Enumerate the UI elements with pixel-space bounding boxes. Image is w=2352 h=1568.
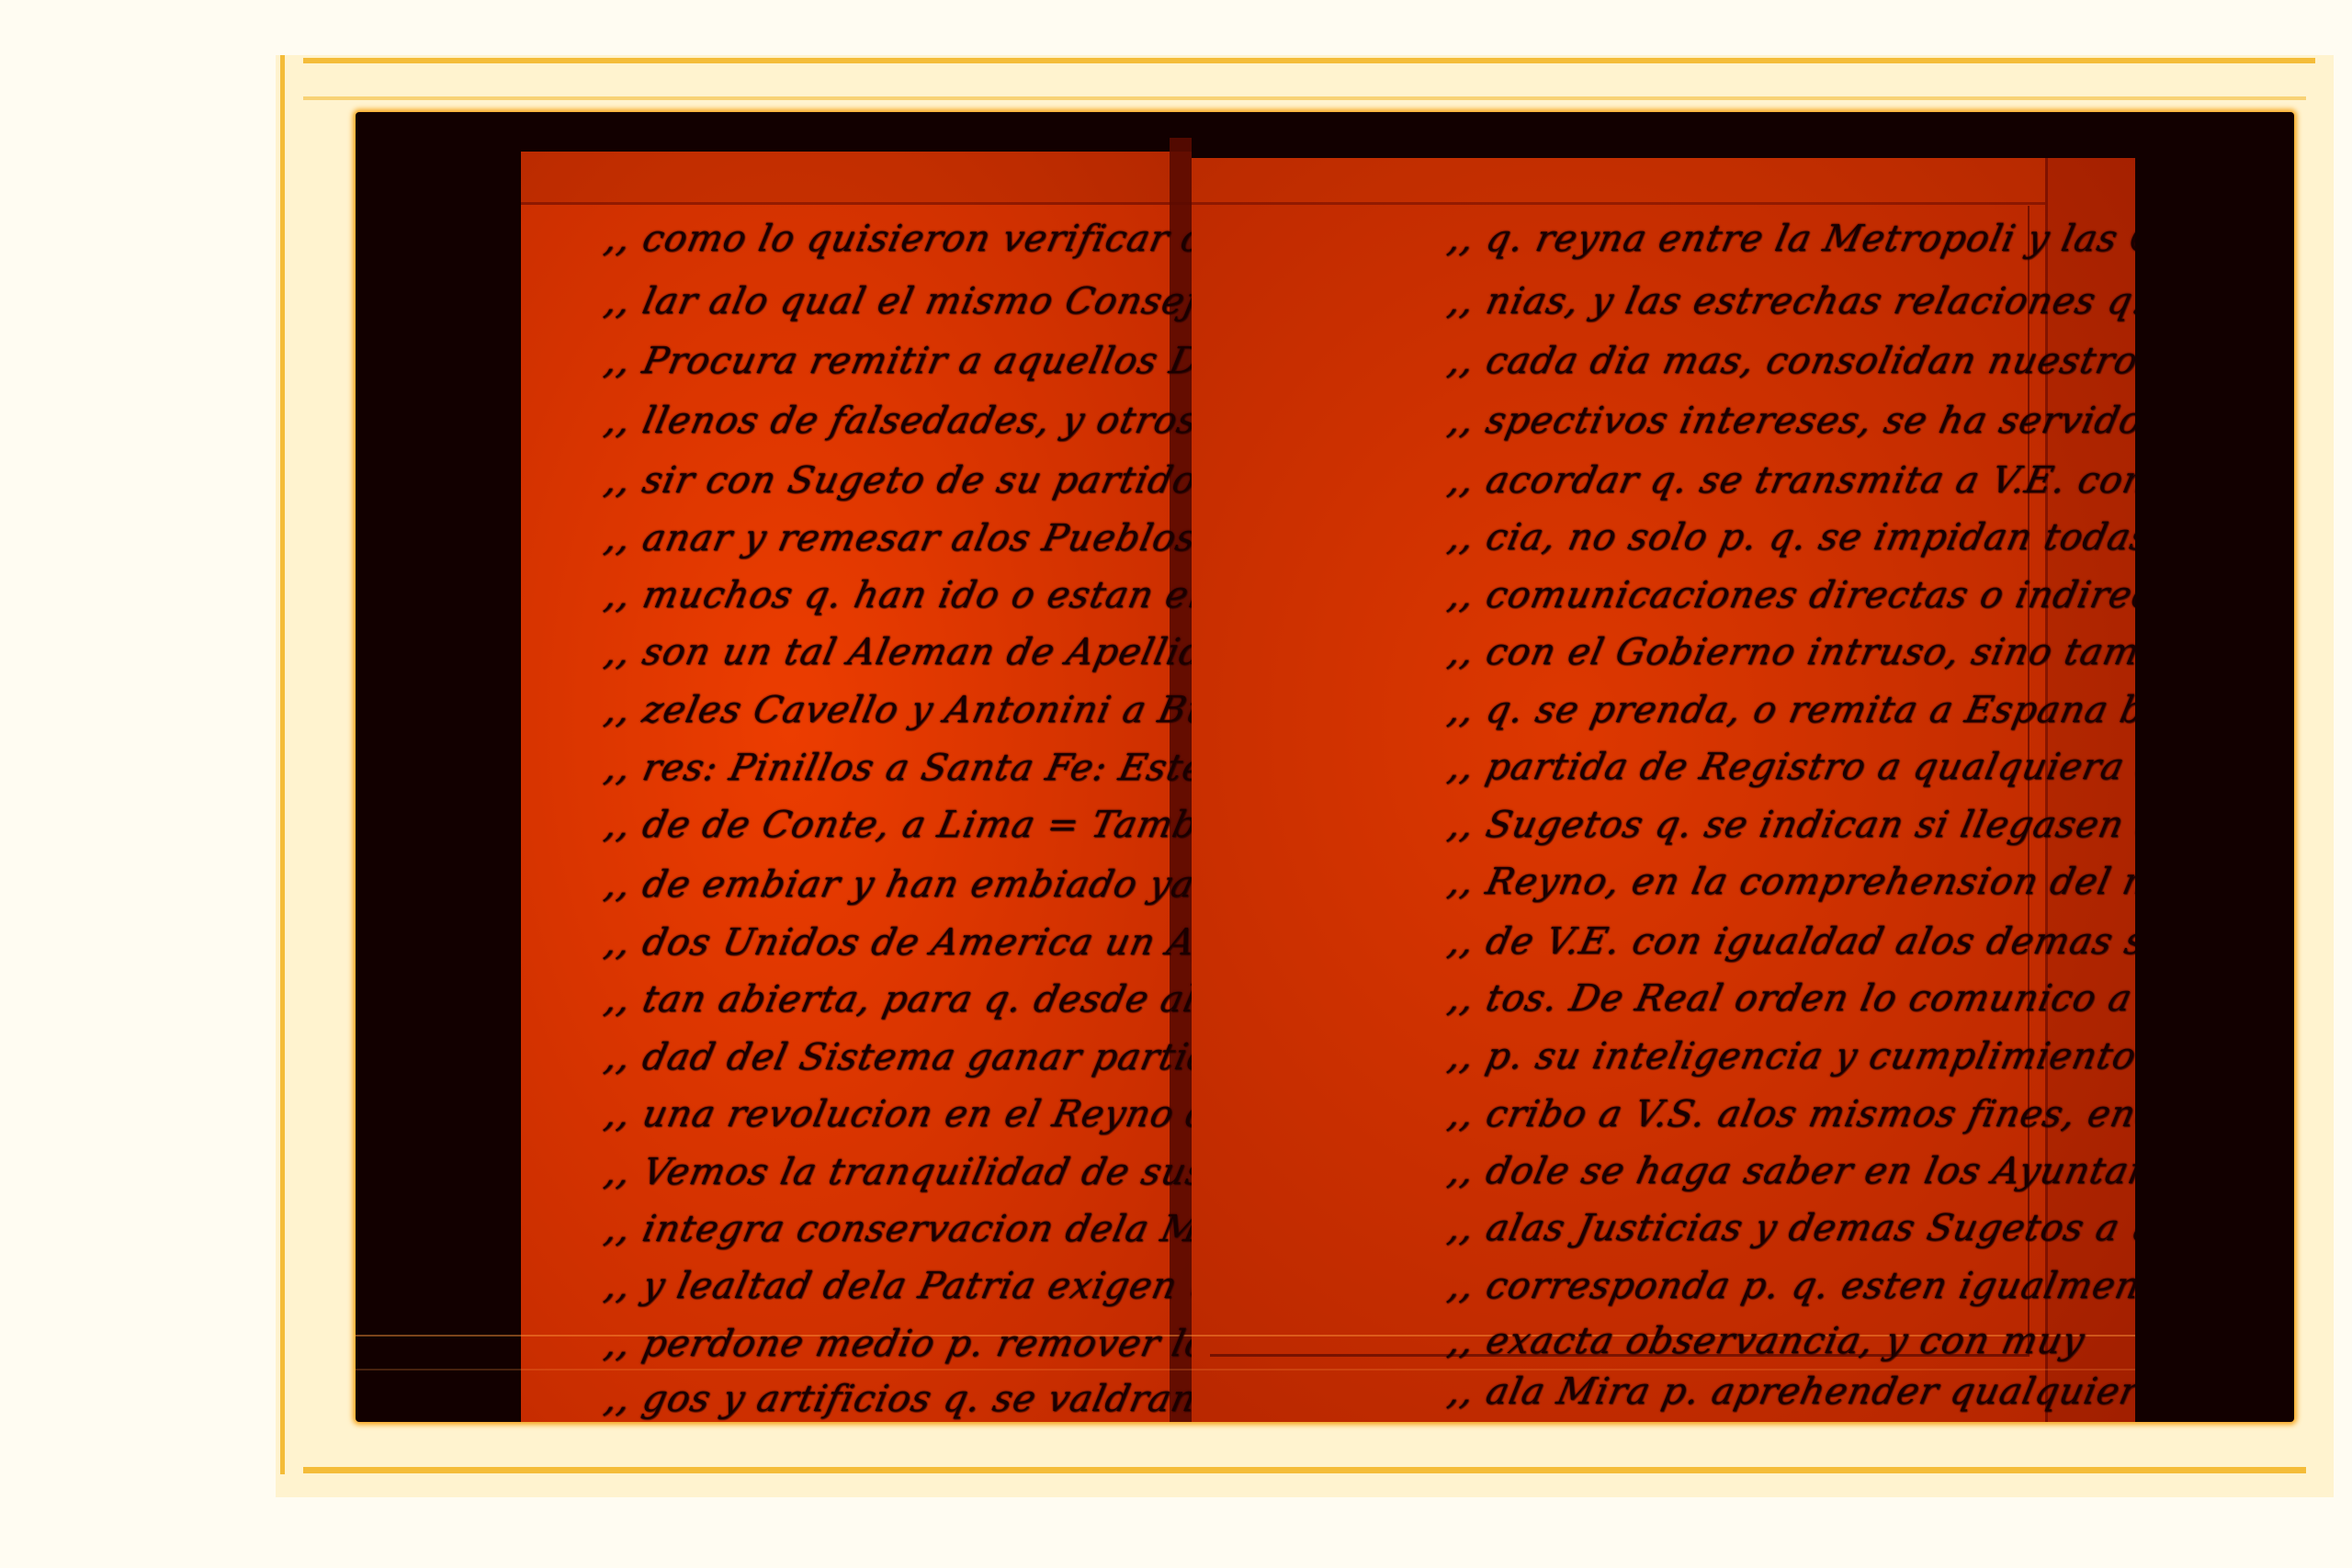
manuscript-line: ,, con el Gobierno intruso, sino tambien… [1444, 631, 2135, 673]
right-page: ,, q. reyna entre la Metropoli y las Col… [1192, 158, 2135, 1422]
manuscript-line: ,, dad del Sistema ganar partidarios [601, 1036, 1192, 1078]
manuscript-line: ,, cribo a V.S. alos mismos fines, encar… [1444, 1093, 2135, 1135]
manuscript-line: ,, de V.E. con igualdad alos demas sospe [1444, 920, 2135, 963]
frame-line-top-inner [303, 96, 2306, 100]
manuscript-line: ,, spectivos intereses, se ha servido S.… [1444, 400, 2135, 442]
manuscript-line: ,, llenos de falsedades, y otros papeles… [601, 400, 1192, 442]
manuscript-line: ,, Procura remitir a aquellos Dominios q [601, 340, 1192, 382]
manuscript-line: ,, ala Mira p. aprehender qualquiera [1444, 1371, 2135, 1413]
manuscript-line: ,, integra conservacion dela Monarqu [601, 1208, 1192, 1250]
manuscript-line: ,, tos. De Real orden lo comunico a V.E. [1444, 977, 2135, 1020]
frame-line-top [303, 58, 2315, 63]
manuscript-line: ,, alas Justicias y demas Sugetos a quie… [1444, 1207, 2135, 1249]
manuscript-line: ,, cia, no solo p. q. se impidan todas l… [1444, 516, 2135, 558]
manuscript-line: ,, una revolucion en el Reyno de Me [601, 1093, 1192, 1135]
manuscript-line: ,, zeles Cavello y Antonini a Bueno [601, 689, 1192, 731]
manuscript-line: ,, perdone medio p. remover los [601, 1323, 1192, 1365]
manuscript-line: ,, lar alo qual el mismo Consejo de q [601, 280, 1192, 322]
frame-line-bottom [303, 1467, 2306, 1473]
manuscript-line: ,, Reyno, en la comprehension del mando [1444, 861, 2135, 903]
manuscript-line: ,, tan abierta, para q. desde alli, y de [601, 978, 1192, 1021]
manuscript-line: ,, q. reyna entre la Metropoli y las Col… [1444, 218, 2135, 260]
manuscript-line: ,, anar y remesar alos Pueblos, entre [601, 517, 1192, 559]
manuscript-line: ,, p. su inteligencia y cumplimiento = L… [1444, 1035, 2135, 1077]
manuscript-line: ,, partida de Registro a qualquiera delo… [1444, 746, 2135, 788]
manuscript-line: ,, corresponda p. q. esten igualmente pr… [1444, 1265, 2135, 1307]
left-page: ,, como lo quisieron verificar con una ,… [521, 152, 1192, 1422]
manuscript-line: ,, cada dia mas, consolidan nuestros re [1444, 340, 2135, 382]
manuscript-line: ,, q. se prenda, o remita a Espana baxo [1444, 689, 2135, 731]
manuscript-line: ,, muchos q. han ido o estan en camino [601, 574, 1192, 616]
manuscript-line: ,, dole se haga saber en los Ayuntamien [1444, 1150, 2135, 1192]
manuscript-line: ,, dos Unidos de America un Agente c [601, 921, 1192, 964]
manuscript-line: ,, y lealtad dela Patria exigen q. no [601, 1265, 1192, 1307]
frame-line-left [280, 55, 285, 1474]
manuscript-line: ,, comunicaciones directas o indirectas [1444, 574, 2135, 616]
manuscript-line: ,, de de Conte, a Lima = Tambien tr [601, 804, 1192, 846]
manuscript-line: ,, Vemos la tranquilidad de sus Dominios [601, 1151, 1192, 1193]
manuscript-line: ,, acordar q. se transmita a V.E. con no… [1444, 459, 2135, 502]
right-page-text: ,, q. reyna entre la Metropoli y las Col… [1192, 158, 2055, 1422]
manuscript-line: ,, son un tal Aleman de Apellido a [601, 631, 1192, 673]
manuscript-line: ,, como lo quisieron verificar con una [601, 218, 1192, 260]
left-page-text: ,, como lo quisieron verificar con una ,… [521, 152, 1192, 1422]
manuscript-line: ,, de embiar y han embiado ya alos [601, 863, 1192, 906]
manuscript-line: ,, res: Pinillos a Santa Fe: Esteban [601, 747, 1192, 789]
manuscript-line: ,, exacta observancia, y con muy [1444, 1320, 2088, 1362]
manuscript-line: ,, gos y artificios q. se valdran el [601, 1378, 1192, 1420]
manuscript-line: ,, sir con Sugeto de su partido, afin de [601, 459, 1192, 502]
manuscript-line: ,, nias, y las estrechas relaciones q. d… [1444, 280, 2135, 322]
manuscript-line: ,, Sugetos q. se indican si llegasen a e… [1444, 804, 2135, 846]
